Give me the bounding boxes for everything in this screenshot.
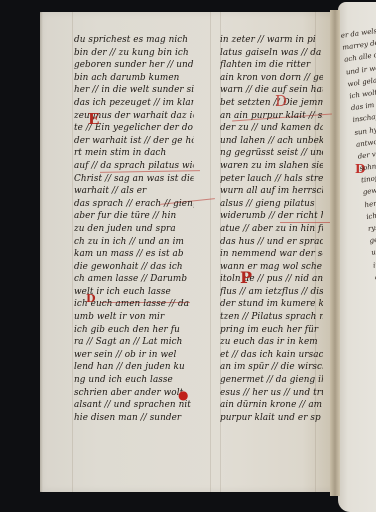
- text-line: aber fur die türe // hin: [74, 210, 194, 223]
- text-line: her // in die welt sunder sie: [74, 84, 194, 97]
- text-line: in zeter // warm in pi: [220, 34, 323, 47]
- text-line: flahten im die ritter: [220, 59, 323, 72]
- text-line: bin ach darumb kumen: [74, 72, 194, 85]
- text-line: atue // aber zu in hin für: [220, 223, 323, 236]
- text-line: schrien aber ander wolt: [74, 387, 194, 400]
- manuscript-photo: du sprichest es mag nich bin der // zu k…: [0, 0, 376, 512]
- rubricated-initial: E: [88, 110, 99, 128]
- text-line: latus gaiseln was // da: [220, 47, 323, 60]
- text-line: hie disen man // sunder: [74, 412, 194, 425]
- text-line: bet setzten // Die jemm: [220, 97, 323, 110]
- text-line: wann er mag wol sche: [220, 261, 323, 274]
- text-line: an ain purpur klait // si: [220, 110, 323, 123]
- text-line: tzen // Pilatus sprach nit: [220, 311, 323, 324]
- text-line: geboren sunder her // und: [74, 59, 194, 72]
- text-line: zu euch das ir in kem: [220, 336, 323, 349]
- text-line: genermet // da gieng ih: [220, 374, 323, 387]
- text-line: du sprichest es mag nich: [74, 34, 194, 47]
- text-line: das hus // und er sprach zu: [220, 236, 323, 249]
- text-line: et // das ich kain ursach: [220, 349, 323, 362]
- text-line: der stund im kumere ke: [220, 298, 323, 311]
- text-line: das ich pezeuget // im klar: [74, 97, 194, 110]
- rubricated-initial: D: [86, 292, 96, 305]
- text-line: ra // Sagt an // Lat mich: [74, 336, 194, 349]
- text-line: der warhait ist // der ge hö: [74, 135, 194, 148]
- text-line: alsant // und sprachen nit: [74, 399, 194, 412]
- text-line: ch amen lasse // Darumb: [74, 273, 194, 286]
- text-line: wer sein // ob ir in wel: [74, 349, 194, 362]
- text-line: lend han // den juden ku: [74, 361, 194, 374]
- text-line: ng gegrüsst seist // und: [220, 147, 323, 160]
- text-line: Christ // sag an was ist die: [74, 173, 194, 186]
- text-line: alsus // gieng pilatus: [220, 198, 323, 211]
- text-line: warhait // als er: [74, 185, 194, 198]
- text-line: wurn all auf im herrschaft: [220, 185, 323, 198]
- text-line: an im spür // die wirschaft: [220, 361, 323, 374]
- text-line: pring im euch her für: [220, 324, 323, 337]
- text-line: ch zu in ich // und an im: [74, 236, 194, 249]
- text-line: kam un mass // es ist ab: [74, 248, 194, 261]
- red-blot: ●: [178, 388, 188, 402]
- text-line: und lahen // ach unbekt: [220, 135, 323, 148]
- text-line: esus // her us // und trug: [220, 387, 323, 400]
- text-line: umb welt ir von mir: [74, 311, 194, 324]
- text-line: bin der // zu kung bin ich: [74, 47, 194, 60]
- text-line: widerumb // der richt hi: [220, 210, 323, 223]
- text-line: zu den juden und spra: [74, 223, 194, 236]
- text-line: das sprach // erach // gieng: [74, 198, 194, 211]
- text-line: ich gib euch den her fu: [74, 324, 194, 337]
- text-line: ain dürnin krone // am: [220, 399, 323, 412]
- ruling-line: [210, 12, 211, 492]
- left-text-column: du sprichest es mag nich bin der // zu k…: [74, 34, 204, 424]
- text-line: die gewonhait // das ich: [74, 261, 194, 274]
- text-line: waren zu im slahen sie: [220, 160, 323, 173]
- rubricated-initial: D: [275, 92, 287, 110]
- text-line: purpur klait und er sp: [220, 412, 323, 425]
- text-line: rt mein stim in dach: [74, 147, 194, 160]
- rubricated-initial: P: [240, 268, 252, 287]
- text-line: warn // die auf sein hau: [220, 84, 323, 97]
- text-line: itoln ue // pus // nid an die: [220, 273, 323, 286]
- text-line: peter lauch // hals strecken: [220, 173, 323, 186]
- text-line: der zu // und kamen dar: [220, 122, 323, 135]
- text-line: ng und ich euch lasse: [74, 374, 194, 387]
- text-line: flus // am ietzflus // diss: [220, 286, 323, 299]
- text-line: ain kron von dorn // ge: [220, 72, 323, 85]
- text-line: in nemmend war der sche: [220, 248, 323, 261]
- text-line: auf // da sprach pilatus wid: [74, 160, 194, 173]
- ruling-line: [72, 12, 73, 492]
